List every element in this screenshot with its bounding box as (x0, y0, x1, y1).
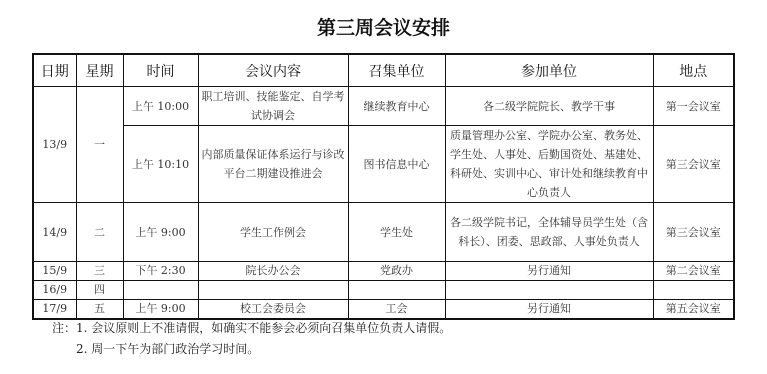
cell-convener (348, 281, 445, 300)
cell-time: 下午 2:30 (123, 262, 198, 281)
table-header-row: 日期 星期 时间 会议内容 召集单位 参加单位 地点 (33, 54, 734, 87)
cell-location (653, 281, 734, 300)
cell-convener: 继续教育中心 (348, 87, 445, 126)
cell-convener: 学生处 (348, 203, 445, 262)
cell-content: 职工培训、技能鉴定、自学考试协调会 (198, 87, 348, 126)
table-row: 13/9 一 上午 10:00 职工培训、技能鉴定、自学考试协调会 继续教育中心… (33, 87, 734, 126)
cell-weekday: 一 (76, 87, 123, 203)
page-title: 第三周会议安排 (0, 14, 767, 42)
cell-time: 上午 10:10 (123, 126, 198, 203)
cell-participants (445, 281, 653, 300)
cell-weekday: 三 (76, 262, 123, 281)
header-convener: 召集单位 (348, 54, 445, 87)
cell-time: 上午 10:00 (123, 87, 198, 126)
table-row: 14/9 二 上午 9:00 学生工作例会 学生处 各二级学院书记，全体辅导员学… (33, 203, 734, 262)
meeting-schedule-table: 日期 星期 时间 会议内容 召集单位 参加单位 地点 13/9 一 上午 10:… (32, 53, 735, 320)
note-line-2: 2. 周一下午为部门政治学习时间。 (52, 339, 451, 360)
cell-participants: 质量管理办公室、学院办公室、教务处、学生处、人事处、后勤国资处、基建处、科研处、… (445, 126, 653, 203)
cell-time: 上午 9:00 (123, 203, 198, 262)
header-location: 地点 (653, 54, 734, 87)
cell-location: 第三会议室 (653, 203, 734, 262)
table-row: 16/9 四 (33, 281, 734, 300)
cell-date: 15/9 (33, 262, 76, 281)
header-participants: 参加单位 (445, 54, 653, 87)
cell-weekday: 二 (76, 203, 123, 262)
table-row: 17/9 五 上午 9:00 校工会委员会 工会 另行通知 第五会议室 (33, 300, 734, 320)
cell-convener: 工会 (348, 300, 445, 320)
cell-weekday: 五 (76, 300, 123, 320)
table-row: 上午 10:10 内部质量保证体系运行与诊改平台二期建设推进会 图书信息中心 质… (33, 126, 734, 203)
cell-time: 上午 9:00 (123, 300, 198, 320)
cell-convener: 图书信息中心 (348, 126, 445, 203)
cell-convener: 党政办 (348, 262, 445, 281)
cell-location: 第三会议室 (653, 126, 734, 203)
header-weekday: 星期 (76, 54, 123, 87)
cell-location: 第五会议室 (653, 300, 734, 320)
header-date: 日期 (33, 54, 76, 87)
cell-content: 校工会委员会 (198, 300, 348, 320)
cell-date: 14/9 (33, 203, 76, 262)
cell-content: 院长办公会 (198, 262, 348, 281)
cell-date: 13/9 (33, 87, 76, 203)
table-row: 15/9 三 下午 2:30 院长办公会 党政办 另行通知 第二会议室 (33, 262, 734, 281)
cell-content: 内部质量保证体系运行与诊改平台二期建设推进会 (198, 126, 348, 203)
cell-date: 17/9 (33, 300, 76, 320)
header-time: 时间 (123, 54, 198, 87)
cell-participants: 另行通知 (445, 300, 653, 320)
cell-time (123, 281, 198, 300)
header-content: 会议内容 (198, 54, 348, 87)
cell-location: 第一会议室 (653, 87, 734, 126)
cell-participants: 另行通知 (445, 262, 653, 281)
note-line-1: 注：1. 会议原则上不准请假，如确实不能参会必须向召集单位负责人请假。 (52, 318, 451, 339)
cell-participants: 各二级学院院长、教学干事 (445, 87, 653, 126)
cell-location: 第二会议室 (653, 262, 734, 281)
cell-content (198, 281, 348, 300)
cell-weekday: 四 (76, 281, 123, 300)
cell-participants: 各二级学院书记，全体辅导员学生处（含科长）、团委、思政部、人事处负责人 (445, 203, 653, 262)
cell-content: 学生工作例会 (198, 203, 348, 262)
cell-date: 16/9 (33, 281, 76, 300)
notes: 注：1. 会议原则上不准请假，如确实不能参会必须向召集单位负责人请假。 2. 周… (52, 318, 451, 360)
